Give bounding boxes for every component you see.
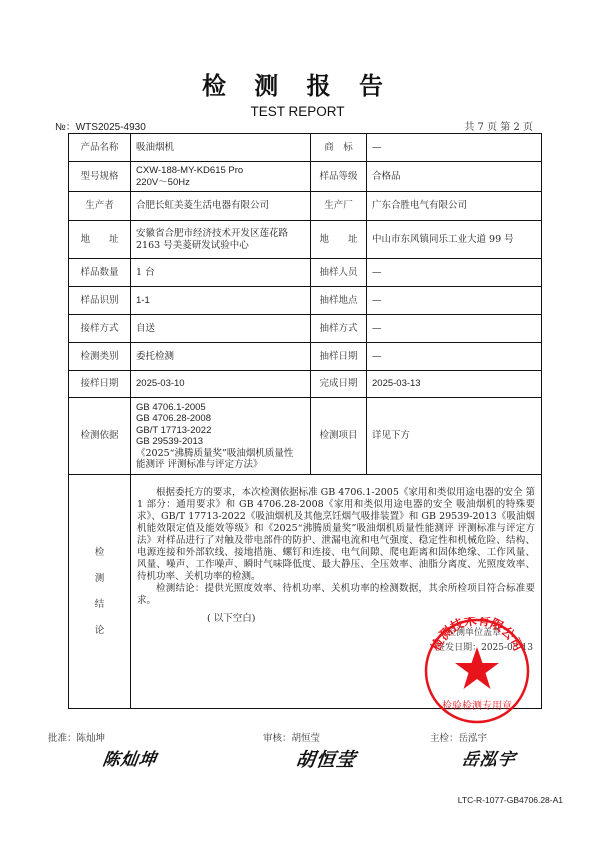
label-sampling-place: 抽样地点 — [311, 287, 367, 315]
value-sample-qty: 1 台 — [131, 259, 311, 287]
standard-line: 能测评 评测标准与评定方法》 — [136, 459, 305, 471]
value-test-basis: GB 4706.1-2005 GB 4706.28-2008 GB/T 1771… — [131, 398, 311, 475]
label-product-name: 产品名称 — [69, 134, 131, 162]
model-line: 220V～50Hz — [136, 177, 305, 189]
table-row: 检测类别 委托检测 抽样日期 — — [69, 343, 542, 371]
table-row: 型号规格 CXW-188-MY-KD615 Pro 220V～50Hz 样品等级… — [69, 162, 542, 192]
standard-line: GB/T 17713-2022 — [136, 425, 305, 437]
value-receive-method: 自送 — [131, 315, 311, 343]
value-sampling-date: — — [367, 343, 542, 371]
label-address: 地 址 — [69, 221, 131, 259]
label-model: 型号规格 — [69, 162, 131, 192]
value-product-name: 吸油烟机 — [131, 134, 311, 162]
label-sampling-date: 抽样日期 — [311, 343, 367, 371]
label-receive-date: 接样日期 — [69, 371, 131, 398]
label-sample-qty: 样品数量 — [69, 259, 131, 287]
label-test-category: 检测类别 — [69, 343, 131, 371]
conclusion-paragraph-1: 根据委托方的要求，本次检测依据标准 GB 4706.1-2005《家用和类似用途… — [137, 487, 535, 583]
value-sampler: — — [367, 259, 542, 287]
label-char: 测 — [69, 573, 130, 585]
value-address: 安徽省合肥市经济技术开发区莲花路 2163 号美菱研发试验中心 — [131, 221, 311, 259]
official-seal-icon: 检测技术有限公司 检验检测专用章 — [423, 617, 531, 725]
standard-line: GB 29539-2013 — [136, 436, 305, 448]
table-row: 生产者 合肥长虹美菱生活电器有限公司 生产厂 广东合胜电气有限公司 — [69, 192, 542, 221]
table-row: 样品数量 1 台 抽样人员 — — [69, 259, 542, 287]
label-complete-date: 完成日期 — [311, 371, 367, 398]
value-model: CXW-188-MY-KD615 Pro 220V～50Hz — [131, 162, 311, 192]
label-trademark: 商 标 — [311, 134, 367, 162]
table-row: 样品识别 1-1 抽样地点 — — [69, 287, 542, 315]
label-receive-method: 接样方式 — [69, 315, 131, 343]
label-grade: 样品等级 — [311, 162, 367, 192]
approver-signature: 陈灿坤 — [101, 745, 159, 770]
value-factory-address: 中山市东风镇同乐工业大道 99 号 — [367, 221, 542, 259]
reviewer-signature: 胡恒莹 — [294, 745, 358, 772]
model-line: CXW-188-MY-KD615 Pro — [136, 165, 305, 177]
table-row: 产品名称 吸油烟机 商 标 — — [69, 134, 542, 162]
reviewer-label: 审核：胡恒莹 — [263, 730, 320, 744]
label-char: 检 — [69, 547, 130, 559]
value-sampling-method: — — [367, 315, 542, 343]
seal-bottom-text: 检验检测专用章 — [442, 699, 512, 712]
value-trademark: — — [367, 134, 542, 162]
standard-line: GB 4706.28-2008 — [136, 413, 305, 425]
value-factory: 广东合胜电气有限公司 — [367, 192, 542, 221]
inspector-label: 主检：岳泓宇 — [430, 730, 487, 744]
label-sample-id: 样品识别 — [69, 287, 131, 315]
label-char: 结 — [69, 599, 130, 611]
value-complete-date: 2025-03-13 — [367, 371, 542, 398]
inspector-signature: 岳泓宇 — [460, 745, 518, 770]
label-factory-address: 地 址 — [311, 221, 367, 259]
value-test-category: 委托检测 — [131, 343, 311, 371]
value-grade: 合格品 — [367, 162, 542, 192]
label-factory: 生产厂 — [311, 192, 367, 221]
table-row: 接样方式 自送 抽样方式 — — [69, 315, 542, 343]
conclusion-label: 检 测 结 论 — [69, 475, 131, 709]
value-sampling-place: — — [367, 287, 542, 315]
approver-label: 批准：陈灿坤 — [48, 730, 105, 744]
label-sampling-method: 抽样方式 — [311, 315, 367, 343]
report-number: №：WTS2025-4930 — [55, 118, 146, 133]
address-line: 安徽省合肥市经济技术开发区莲花路 — [136, 228, 305, 240]
standard-line: 《2025“沸腾质量奖”吸油烟机质量性 — [136, 448, 305, 460]
report-title: 检 测 报 告 — [0, 66, 595, 101]
label-sampler: 抽样人员 — [311, 259, 367, 287]
value-producer: 合肥长虹美菱生活电器有限公司 — [131, 192, 311, 221]
address-line: 2163 号美菱研发试验中心 — [136, 240, 305, 252]
conclusion-paragraph-2: 检测结论：提供光照度效率、待机功率、关机功率的检测数据，其余所检项目符合标准要求… — [137, 583, 535, 607]
document-code: LTC-R-1077-GB4706.28-A1 — [458, 795, 563, 805]
label-test-basis: 检测依据 — [69, 398, 131, 475]
label-char: 论 — [69, 625, 130, 637]
label-test-items: 检测项目 — [311, 398, 367, 475]
table-row: 接样日期 2025-03-10 完成日期 2025-03-13 — [69, 371, 542, 398]
value-receive-date: 2025-03-10 — [131, 371, 311, 398]
standard-line: GB 4706.1-2005 — [136, 402, 305, 414]
table-row: 地 址 安徽省合肥市经济技术开发区莲花路 2163 号美菱研发试验中心 地 址 … — [69, 221, 542, 259]
label-producer: 生产者 — [69, 192, 131, 221]
table-row: 检测依据 GB 4706.1-2005 GB 4706.28-2008 GB/T… — [69, 398, 542, 475]
value-sample-id: 1-1 — [131, 287, 311, 315]
page-info: 共 7 页 第 2 页 — [464, 118, 533, 133]
value-test-items: 详见下方 — [367, 398, 542, 475]
report-subtitle: TEST REPORT — [0, 104, 595, 119]
